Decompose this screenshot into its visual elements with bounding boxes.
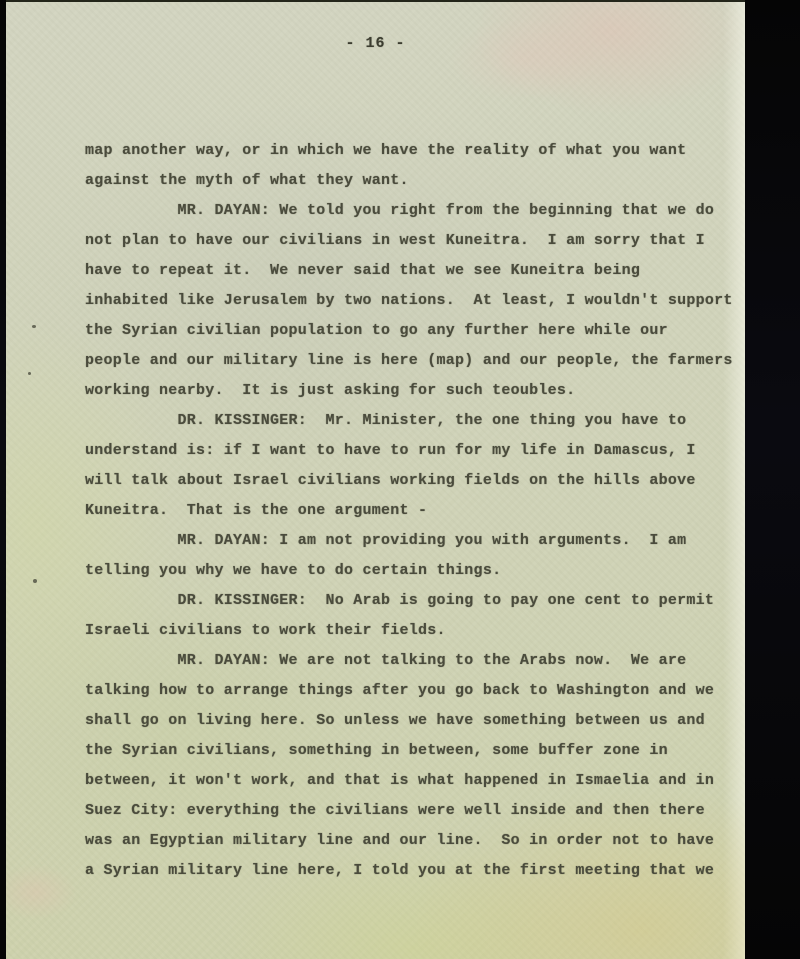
text-line: telling you why we have to do certain th… [85,560,735,590]
text-line: DR. KISSINGER: No Arab is going to pay o… [85,590,735,620]
text-line: Kuneitra. That is the one argument - [85,500,735,530]
text-line: map another way, or in which we have the… [85,140,735,170]
text-line: Suez City: everything the civilians were… [85,800,735,830]
document-page: - 16 - map another way, or in which we h… [6,0,745,959]
text-line: people and our military line is here (ma… [85,350,735,380]
ink-speck [28,372,31,375]
text-line: understand is: if I want to have to run … [85,440,735,470]
text-line: have to repeat it. We never said that we… [85,260,735,290]
text-line: Israeli civilians to work their fields. [85,620,735,650]
text-line: a Syrian military line here, I told you … [85,860,735,890]
text-line: MR. DAYAN: I am not providing you with a… [85,530,735,560]
text-line: was an Egyptian military line and our li… [85,830,735,860]
scan-edge-right [745,0,800,959]
text-line: MR. DAYAN: We told you right from the be… [85,200,735,230]
text-line: working nearby. It is just asking for su… [85,380,735,410]
transcript-text: map another way, or in which we have the… [85,140,735,890]
text-line: the Syrian civilians, something in betwe… [85,740,735,770]
text-line: inhabited like Jerusalem by two nations.… [85,290,735,320]
ink-speck [32,325,36,328]
page-number: - 16 - [6,35,745,52]
text-line: between, it won't work, and that is what… [85,770,735,800]
text-line: against the myth of what they want. [85,170,735,200]
text-line: talking how to arrange things after you … [85,680,735,710]
text-line: DR. KISSINGER: Mr. Minister, the one thi… [85,410,735,440]
text-line: will talk about Israel civilians working… [85,470,735,500]
text-line: not plan to have our civilians in west K… [85,230,735,260]
text-line: the Syrian civilian population to go any… [85,320,735,350]
ink-speck [33,579,37,583]
text-line: shall go on living here. So unless we ha… [85,710,735,740]
text-line: MR. DAYAN: We are not talking to the Ara… [85,650,735,680]
